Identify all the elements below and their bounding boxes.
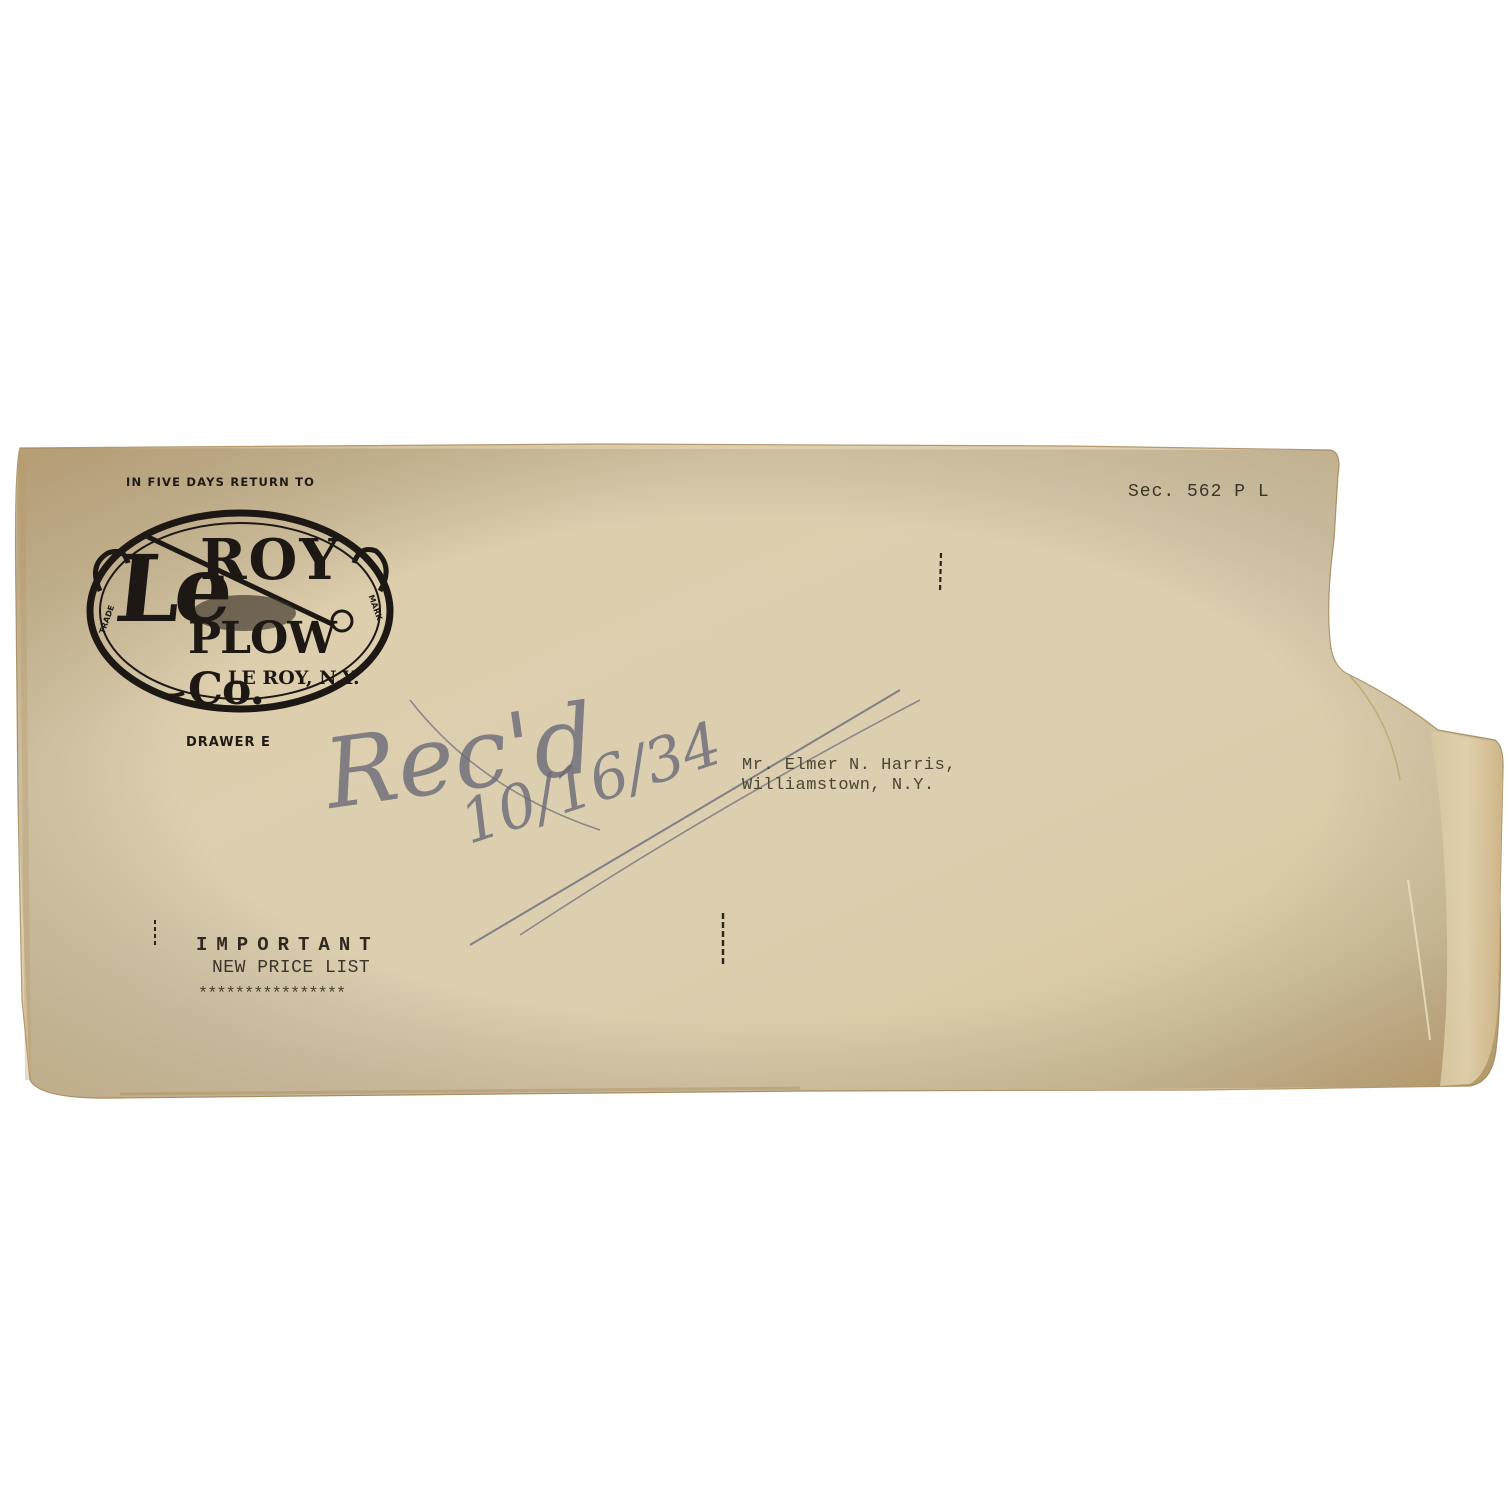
asterisk-divider: **************** <box>198 985 345 1004</box>
notice-headline: IMPORTANT <box>196 934 380 956</box>
addressee-city: Williamstown, N.Y. <box>742 776 935 795</box>
logo-city-line: LE ROY, N.Y. <box>228 667 360 689</box>
addressee-name: Mr. Elmer N. Harris, <box>742 756 956 775</box>
logo-word-plow: PLOW Co. <box>188 613 396 715</box>
section-code: Sec. 562 P L <box>1128 482 1270 502</box>
notice-subline: NEW PRICE LIST <box>212 958 370 978</box>
drawer-label: DRAWER E <box>186 735 271 750</box>
company-logo: Le ROY PLOW Co. LE ROY, N.Y. TRADE MARK <box>84 505 396 717</box>
envelope-photo: IN FIVE DAYS RETURN TO Le ROY PLOW Co. L… <box>0 0 1512 1512</box>
return-instruction: IN FIVE DAYS RETURN TO <box>126 475 315 489</box>
logo-word-roy: ROY <box>200 527 341 593</box>
